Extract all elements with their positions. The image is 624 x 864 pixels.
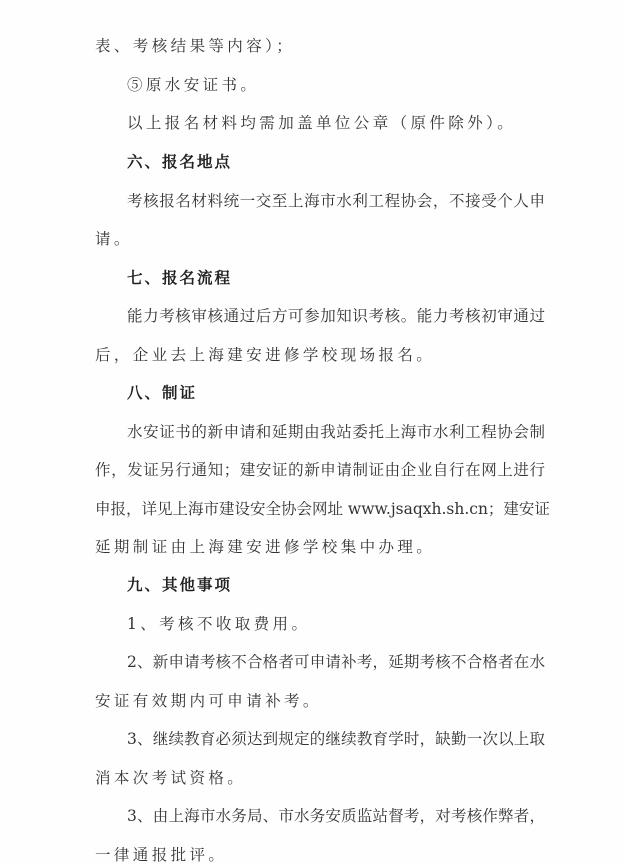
paragraph-line: 一律通报批评。	[95, 845, 545, 864]
paragraph-line: 水安证书的新申请和延期由我站委托上海市水利工程协会制	[127, 422, 545, 442]
paragraph-line: 申报，详见上海市建设安全协会网址 www.jsaqxh.sh.cn；建安证	[95, 499, 545, 519]
paragraph-line: 消本次考试资格。	[95, 768, 545, 788]
list-item: 2、新申请考核不合格者可申请补考，延期考核不合格者在水	[127, 652, 545, 672]
section-heading: 六、报名地点	[127, 152, 545, 172]
paragraph-line: 作，发证另行通知；建安证的新申请制证由企业自行在网上进行	[95, 460, 545, 480]
list-item: 3、由上海市水务局、市水务安质监站督考，对考核作弊者，	[127, 806, 545, 826]
list-item: ⑤原水安证书。	[127, 75, 545, 95]
paragraph-line: 能力考核审核通过后方可参加知识考核。能力考核初审通过	[127, 306, 545, 326]
list-item: 1、考核不收取费用。	[127, 614, 545, 634]
paragraph-line: 后，企业去上海建安进修学校现场报名。	[95, 345, 545, 365]
section-heading: 七、报名流程	[127, 268, 545, 288]
section-heading: 九、其他事项	[127, 575, 545, 595]
paragraph-line: 请。	[95, 229, 545, 249]
paragraph-line: 考核报名材料统一交至上海市水利工程协会，不接受个人申	[127, 191, 545, 211]
list-item: 3、继续教育必须达到规定的继续教育学时，缺勤一次以上取	[127, 729, 545, 749]
paragraph-line: 延期制证由上海建安进修学校集中办理。	[95, 537, 545, 557]
paragraph-line: 表、考核结果等内容）；	[95, 36, 545, 56]
section-heading: 八、制证	[127, 383, 545, 403]
document-page: 表、考核结果等内容）； ⑤原水安证书。 以上报名材料均需加盖单位公章（原件除外）…	[0, 0, 624, 864]
paragraph-line: 以上报名材料均需加盖单位公章（原件除外）。	[127, 113, 545, 133]
paragraph-line: 安证有效期内可申请补考。	[95, 691, 545, 711]
